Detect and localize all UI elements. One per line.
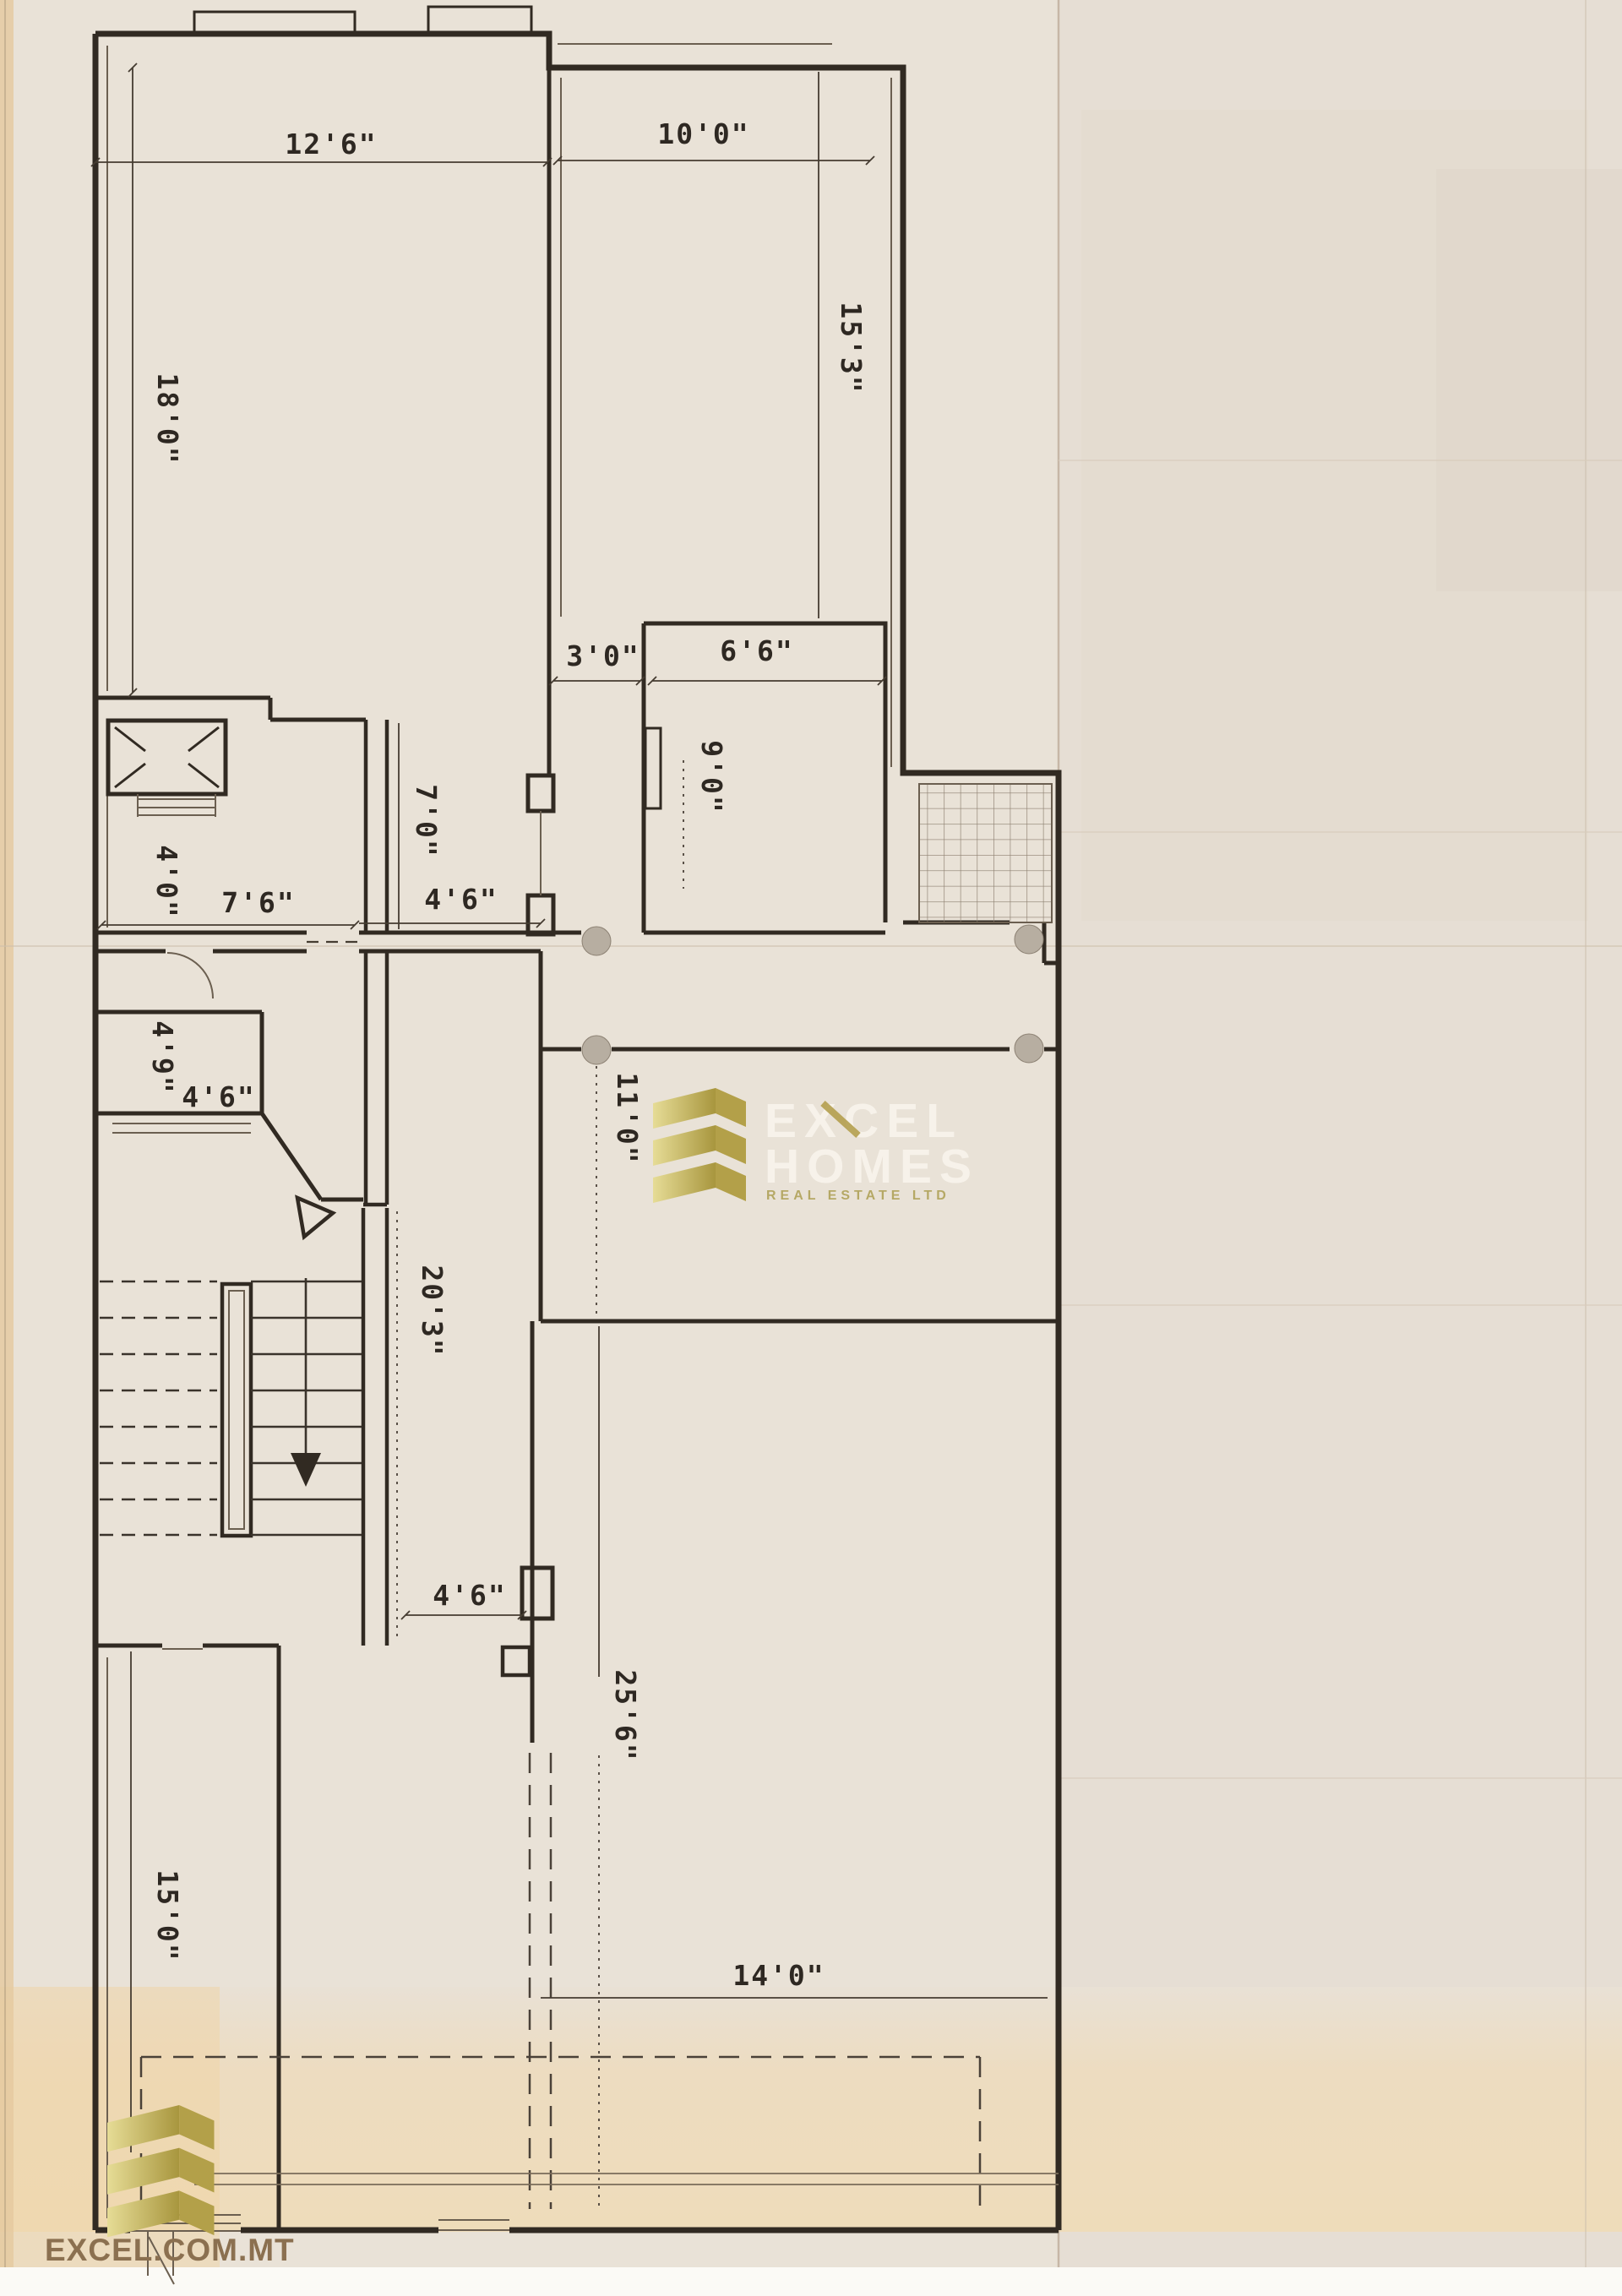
dim-hall-door: 4'6" — [424, 883, 498, 916]
dim-store-depth: 4'9" — [146, 1020, 179, 1094]
dim-lobby-length: 7'6" — [221, 886, 295, 919]
dim-kitchen-length: 11'0" — [611, 1072, 644, 1164]
dim-bathroom-width: 6'6" — [720, 634, 793, 667]
website-text: EXCEL.COM.MT — [45, 2233, 295, 2267]
watermark-tagline: REAL ESTATE LTD — [766, 1189, 950, 1203]
dim-bedroom1-depth: 18'0" — [151, 373, 184, 465]
paper-bottom-margin — [0, 2267, 1622, 2296]
column — [582, 1036, 611, 1064]
paper-warm-band — [0, 1987, 1622, 2232]
dim-living-length: 25'6" — [609, 1669, 642, 1761]
dim-bathroom-door: 3'0" — [566, 639, 640, 672]
paper-left-edge — [0, 0, 14, 2296]
scanned-floor-plan-page: 12'6" 10'0" 18'0" 15'3" 3'0" 6'6" 9'0" 7… — [0, 0, 1622, 2296]
dim-bathroom-depth: 9'0" — [695, 740, 728, 813]
floor-plan-svg: 12'6" 10'0" 18'0" 15'3" 3'0" 6'6" 9'0" 7… — [0, 0, 1622, 2296]
watermark-subtitle: HOMES — [765, 1140, 979, 1194]
dim-corridor-width: 7'0" — [410, 784, 443, 857]
dim-bedroom2-depth: 15'3" — [835, 302, 868, 394]
dim-front-room-depth: 15'0" — [151, 1869, 184, 1961]
gold-chevron-icon — [653, 1088, 746, 1203]
footer-logo — [107, 2105, 215, 2237]
dim-store-width: 4'6" — [182, 1080, 255, 1113]
dim-lower-door: 4'6" — [433, 1579, 506, 1612]
dim-stair-hall-length: 20'3" — [416, 1265, 449, 1357]
column — [1015, 925, 1043, 954]
tiled-yard — [919, 784, 1052, 922]
watermark-logo: EXCEL HOMES REAL ESTATE LTD — [653, 1088, 979, 1203]
gold-chevron-icon-large — [107, 2105, 215, 2237]
dim-bedroom2-width: 10'0" — [657, 117, 749, 150]
dim-garage-width: 14'0" — [732, 1959, 825, 1992]
dim-bedroom1-width: 12'6" — [285, 128, 377, 161]
column — [582, 927, 611, 955]
dim-lobby-width: 4'0" — [150, 845, 183, 918]
column — [1015, 1034, 1043, 1063]
